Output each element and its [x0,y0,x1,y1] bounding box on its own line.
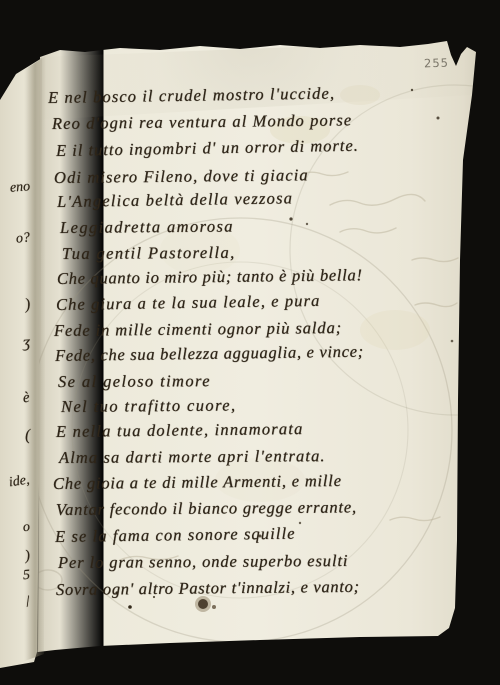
facing-page-text-fragment: ) [23,296,31,315]
manuscript-line: Tua gentil Pastorella, [62,243,236,264]
facing-page-text-fragment: ) [24,548,31,565]
manuscript-line: Sovra ogn' altro Pastor t'innalzi, e van… [56,577,360,600]
manuscript-line: Reo d'ogni rea ventura al Mondo porse [52,110,352,134]
manuscript-line: Odi misero Fileno, dove ti giacia [54,165,309,188]
manuscript-line: E se la fama con sonore squille [55,524,296,547]
facing-page-text-fragment: o? [15,230,31,247]
manuscript-line: Leggiadretta amorosa [60,216,234,238]
manuscript-line: E nel bosco il crudel mostro l'uccide, [48,83,335,108]
manuscript-line: Alma sa darti morte apri l'entrata. [59,446,326,468]
manuscript-line: Che quanto io miro più; tanto è più bell… [57,265,363,289]
facing-page-text-fragment: o [22,520,30,537]
manuscript-line: Che gioia a te di mille Armenti, e mille [53,471,342,494]
manuscript-line: Se al geloso timore [58,371,211,392]
manuscript-lines: E nel bosco il crudel mostro l'uccide,Re… [0,0,500,685]
manuscript-line: Nel tuo trafitto cuore, [61,395,237,417]
facing-page-text-fragment: ( [24,427,30,445]
manuscript-line: Che giura a te la sua leale, e pura [56,291,321,315]
manuscript-line: E il tutto ingombri d' un orror di morte… [56,136,359,161]
manuscript-line: Vantar fecondo il bianco gregge errante, [56,497,357,520]
facing-page-text-fragment: 5 [22,568,30,584]
facing-page-text-fragment: eno [9,179,30,196]
manuscript-line: Fede in mille cimenti ognor più salda; [54,318,342,341]
manuscript-line: E nella tua dolente, innamorata [56,419,304,442]
photo-background: 255 E nel bosco il crudel mostro l'uccid… [0,0,500,685]
facing-page-text-fragment: ʒ [22,334,30,352]
manuscript-line: Per lo gran senno, onde superbo esulti [58,551,349,573]
manuscript-line: L'Angelica beltà della vezzosa [57,188,293,212]
facing-page-fragments: enoo?)ʒè(ide,o)5/ [0,0,34,685]
facing-page-text-fragment: è [22,390,30,408]
facing-page-text-fragment: ide, [8,473,31,492]
facing-page-text-fragment: / [23,594,33,611]
manuscript-line: Fede, che sua bellezza agguaglia, e vinc… [55,342,364,366]
